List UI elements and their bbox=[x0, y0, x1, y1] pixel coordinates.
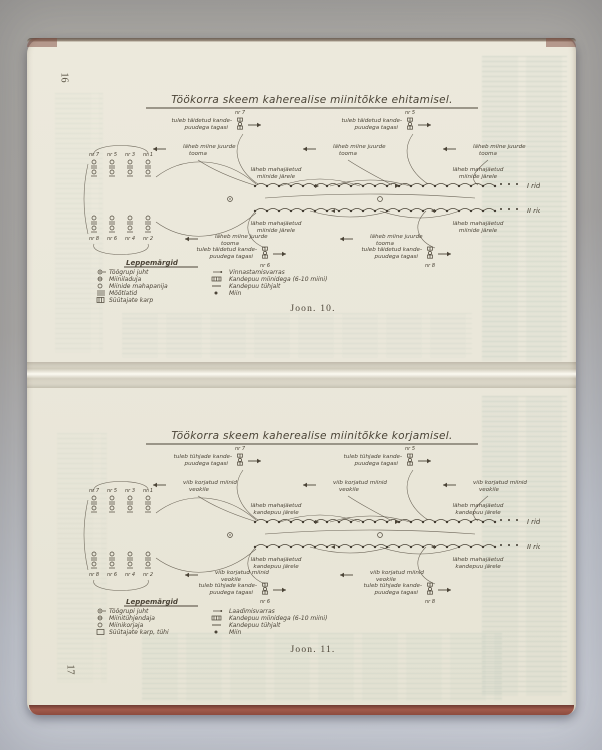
mine-placer-symbol bbox=[98, 284, 102, 288]
diagram-label: läheb mahajäetud bbox=[453, 221, 504, 227]
route-curve bbox=[380, 547, 460, 554]
diagram-label: läheb miine juurde bbox=[183, 144, 236, 150]
mine-dot bbox=[338, 210, 340, 212]
cluster-number: nr 5 bbox=[405, 110, 415, 116]
cluster-number: nr 5 bbox=[405, 446, 415, 452]
worker-symbol bbox=[146, 160, 150, 164]
worker-symbol bbox=[110, 226, 114, 230]
diagram-label: veokile bbox=[189, 487, 210, 493]
group-number: nr 6 bbox=[107, 572, 117, 578]
legend-item-label: Miinikorjaja bbox=[109, 622, 144, 629]
route-curve bbox=[94, 580, 149, 591]
worker-symbol bbox=[238, 122, 241, 125]
diagram-label: läheb mahajäetud bbox=[251, 167, 302, 173]
arrowhead-icon bbox=[303, 483, 307, 488]
arrowhead-icon bbox=[331, 209, 335, 213]
worker-symbol bbox=[128, 216, 132, 220]
figure-11-diagram: Töökorra skeem kaherealise miinitõkke ko… bbox=[80, 428, 540, 660]
mine-dot bbox=[326, 185, 328, 187]
worker-symbol bbox=[263, 587, 266, 590]
route-curve bbox=[418, 547, 435, 584]
mine-dot bbox=[434, 185, 436, 187]
worker-symbol bbox=[428, 587, 431, 590]
worker-symbol bbox=[146, 496, 150, 500]
mine-dot bbox=[290, 210, 292, 212]
row-label: II rida bbox=[527, 207, 540, 215]
mine-dot bbox=[410, 210, 412, 212]
arrowhead-icon bbox=[153, 147, 157, 152]
mine-dot bbox=[302, 546, 304, 548]
arrowhead-icon bbox=[427, 123, 431, 128]
diagram-label: miinide järele bbox=[459, 174, 498, 180]
mine-dot bbox=[516, 208, 518, 210]
mine-dot bbox=[278, 546, 280, 548]
mine-dot bbox=[470, 546, 472, 548]
mine-dot bbox=[338, 185, 340, 187]
mine-dot bbox=[350, 546, 352, 548]
route-curve bbox=[310, 547, 390, 553]
route-curve bbox=[156, 549, 256, 572]
diagram-label: läheb mahajäetud bbox=[251, 221, 302, 227]
worker-symbol bbox=[92, 160, 96, 164]
diagram-shape bbox=[220, 610, 222, 612]
group-number: nr 3 bbox=[125, 152, 135, 158]
mine-dot bbox=[508, 208, 510, 210]
mine-dot bbox=[254, 185, 256, 187]
mine-dot bbox=[374, 210, 376, 212]
diagram-label: viib korjatud miinid bbox=[333, 480, 387, 486]
worker-symbol bbox=[408, 122, 411, 125]
mine-dot bbox=[374, 521, 376, 523]
mine-dot bbox=[314, 210, 316, 212]
diagram-label: viib korjatud miinid bbox=[370, 570, 424, 576]
worker-symbol bbox=[128, 226, 132, 230]
mine-dot bbox=[362, 521, 364, 523]
legend-item-label: Laadimisvarras bbox=[229, 608, 275, 615]
worker-symbol bbox=[128, 552, 132, 556]
arrowhead-icon bbox=[427, 459, 431, 464]
mine-dot bbox=[482, 210, 484, 212]
arrowhead-icon bbox=[447, 588, 451, 593]
group-number: nr 3 bbox=[125, 488, 135, 494]
legend-item-label: Kandepuu tühjalt bbox=[229, 622, 281, 629]
legend-item-label: Kandepuu tühjalt bbox=[229, 283, 281, 290]
route-curve bbox=[198, 496, 254, 521]
arrowhead-icon bbox=[340, 237, 344, 242]
legend-item-label: Süütajate karp bbox=[109, 297, 153, 304]
mine-dot bbox=[516, 519, 518, 521]
arrowhead-icon bbox=[257, 123, 261, 128]
mine-dot bbox=[410, 521, 412, 523]
route-curve bbox=[84, 164, 88, 234]
route-curve bbox=[156, 213, 256, 236]
mine-dot bbox=[458, 210, 460, 212]
diagram-label: läheb miine juurde bbox=[333, 144, 386, 150]
mine-dot bbox=[326, 210, 328, 212]
legend-item-label: Kandepuu miinidega (6-10 miini) bbox=[229, 276, 327, 283]
arrowhead-icon bbox=[185, 573, 189, 578]
diagram-label: puudega tagasi bbox=[209, 254, 254, 260]
legend-item-label: Miin bbox=[229, 290, 242, 297]
group-number: nr 1 bbox=[143, 488, 153, 494]
row-label: II rida bbox=[527, 543, 540, 551]
group-number: nr 7 bbox=[89, 152, 100, 158]
diagram-label: läheb miine juurde bbox=[370, 234, 423, 240]
worker-symbol bbox=[128, 506, 132, 510]
route-curve bbox=[94, 146, 149, 157]
mine-dot bbox=[422, 210, 424, 212]
legend-item-label: Vinnastamisvarras bbox=[229, 269, 285, 276]
legend-heading: Leppemärgid bbox=[126, 259, 179, 267]
worker-symbol bbox=[92, 170, 96, 174]
route-curve bbox=[310, 211, 390, 217]
arrowhead-icon bbox=[447, 252, 451, 257]
page-number: 17 bbox=[65, 665, 76, 675]
mine-dot bbox=[266, 521, 268, 523]
mine-dot bbox=[434, 521, 436, 523]
arrowhead-icon bbox=[257, 459, 261, 464]
mine-dot bbox=[290, 546, 292, 548]
mine-dot bbox=[446, 185, 448, 187]
mine-dot bbox=[470, 185, 472, 187]
show-through-text bbox=[122, 313, 472, 358]
leader-symbol bbox=[378, 197, 383, 202]
diagram-label: puudega tagasi bbox=[184, 125, 229, 131]
diagram-label: viib korjatud miinid bbox=[183, 480, 237, 486]
diagram-label: puudega tagasi bbox=[209, 590, 254, 596]
diagram-label: läheb mahajäetud bbox=[453, 167, 504, 173]
mine-dot bbox=[386, 185, 388, 187]
diagram-label: miinide järele bbox=[459, 228, 498, 234]
worker-symbol bbox=[110, 506, 114, 510]
route-curve bbox=[407, 470, 428, 520]
route-curve bbox=[348, 496, 392, 521]
arrowhead-icon bbox=[443, 483, 447, 488]
worker-symbol bbox=[92, 216, 96, 220]
mine-dot bbox=[362, 185, 364, 187]
mine-dot bbox=[254, 521, 256, 523]
worker-symbol bbox=[128, 496, 132, 500]
mine-symbol bbox=[215, 631, 218, 634]
mine-collector-symbol bbox=[98, 623, 102, 627]
mine-dot bbox=[266, 546, 268, 548]
mine-dot bbox=[338, 521, 340, 523]
diagram-label: tooma bbox=[189, 151, 207, 157]
group-number: nr 2 bbox=[143, 236, 153, 242]
legend-item-label: Töögrupi juht bbox=[109, 608, 149, 615]
worker-symbol bbox=[238, 458, 241, 461]
worker-symbol bbox=[110, 562, 114, 566]
group-number: nr 6 bbox=[107, 236, 117, 242]
mine-dot bbox=[290, 521, 292, 523]
legend-item-label: Töögrupi juht bbox=[109, 269, 149, 276]
book: 16 Töökorra skeem kaherealise miinitõkke… bbox=[27, 38, 576, 715]
diagram-label: tuleb täidetud kande- bbox=[171, 118, 232, 124]
figure-10-diagram: Töökorra skeem kaherealise miinitõkke eh… bbox=[80, 92, 540, 317]
worker-symbol bbox=[110, 160, 114, 164]
mine-dot bbox=[446, 210, 448, 212]
group-number: nr 1 bbox=[143, 152, 153, 158]
diagram-label: läheb mahajäetud bbox=[251, 503, 302, 509]
mine-dot bbox=[350, 210, 352, 212]
mine-dot bbox=[482, 521, 484, 523]
worker-symbol bbox=[110, 496, 114, 500]
mine-dot bbox=[500, 519, 502, 521]
mine-dot bbox=[362, 546, 364, 548]
mine-dot bbox=[338, 546, 340, 548]
route-curve bbox=[380, 211, 460, 218]
diagram-label: läheb mahajäetud bbox=[453, 557, 504, 563]
route-curve bbox=[94, 482, 149, 493]
mine-dot bbox=[386, 521, 388, 523]
mine-dot bbox=[326, 521, 328, 523]
diagram-label: puudega tagasi bbox=[374, 590, 419, 596]
mine-dot bbox=[470, 210, 472, 212]
diagram-label: puudega tagasi bbox=[184, 461, 229, 467]
cluster-number: nr 6 bbox=[260, 599, 270, 605]
fuse-box-empty-symbol bbox=[97, 630, 104, 635]
mine-dot bbox=[278, 185, 280, 187]
page-17: 17 Töökorra skeem kaherealise miinitõkke… bbox=[31, 388, 572, 705]
mine-dot bbox=[362, 210, 364, 212]
mine-dot bbox=[516, 183, 518, 185]
mine-dot bbox=[494, 546, 496, 548]
diagram-label: tooma bbox=[339, 151, 357, 157]
leader-symbol bbox=[378, 533, 383, 538]
arrowhead-icon bbox=[331, 545, 335, 549]
mine-dot bbox=[374, 546, 376, 548]
mine-dot bbox=[494, 210, 496, 212]
photo-background: 16 Töökorra skeem kaherealise miinitõkke… bbox=[0, 0, 602, 750]
route-curve bbox=[84, 500, 88, 570]
worker-symbol bbox=[146, 216, 150, 220]
group-number: nr 5 bbox=[107, 488, 117, 494]
route-curve bbox=[418, 211, 435, 248]
mine-dot bbox=[482, 185, 484, 187]
route-curve bbox=[407, 134, 428, 184]
diagram-label: puudega tagasi bbox=[354, 125, 399, 131]
arrowhead-icon bbox=[282, 252, 286, 257]
mine-dot bbox=[422, 546, 424, 548]
mine-symbol bbox=[215, 292, 218, 295]
page-16: 16 Töökorra skeem kaherealise miinitõkke… bbox=[31, 41, 572, 362]
legend-heading: Leppemärgid bbox=[126, 598, 179, 606]
mine-dot bbox=[508, 544, 510, 546]
mine-dot bbox=[314, 546, 316, 548]
arrowhead-icon bbox=[443, 147, 447, 152]
diagram-label: läheb mahajäetud bbox=[251, 557, 302, 563]
worker-symbol bbox=[428, 251, 431, 254]
mine-dot bbox=[350, 185, 352, 187]
mine-dot bbox=[386, 546, 388, 548]
route-curve bbox=[348, 160, 392, 185]
worker-symbol bbox=[110, 216, 114, 220]
group-number: nr 8 bbox=[89, 572, 99, 578]
worker-symbol bbox=[146, 506, 150, 510]
cluster-number: nr 8 bbox=[425, 599, 435, 605]
route-curve bbox=[265, 194, 475, 198]
mine-dot bbox=[500, 544, 502, 546]
diagram-label: tuleb täidetud kande- bbox=[196, 247, 257, 253]
cluster-number: nr 8 bbox=[425, 263, 435, 269]
diagram-label: tuleb täidetud kande- bbox=[341, 118, 402, 124]
mine-dot bbox=[302, 185, 304, 187]
diagram-label: kandepuu järele bbox=[455, 510, 501, 516]
mine-dot bbox=[446, 521, 448, 523]
mine-dot bbox=[254, 546, 256, 548]
arrowhead-icon bbox=[185, 237, 189, 242]
diagram-shape bbox=[229, 534, 230, 535]
diagram-label: kandepuu järele bbox=[253, 510, 299, 516]
mine-dot bbox=[482, 546, 484, 548]
worker-symbol bbox=[408, 458, 411, 461]
mine-dot bbox=[266, 210, 268, 212]
mine-dot bbox=[458, 521, 460, 523]
worker-symbol bbox=[146, 562, 150, 566]
mine-dot bbox=[398, 210, 400, 212]
group-number: nr 4 bbox=[125, 236, 135, 242]
diagram-shape bbox=[229, 198, 230, 199]
worker-symbol bbox=[263, 251, 266, 254]
mine-dot bbox=[290, 185, 292, 187]
book-cover-edge-bottom bbox=[29, 705, 574, 715]
mine-dot bbox=[254, 210, 256, 212]
route-curve bbox=[198, 160, 254, 185]
mine-dot bbox=[302, 210, 304, 212]
arrowhead-icon bbox=[282, 588, 286, 593]
worker-symbol bbox=[92, 506, 96, 510]
worker-symbol bbox=[110, 552, 114, 556]
mine-dot bbox=[446, 546, 448, 548]
group-number: nr 8 bbox=[89, 236, 99, 242]
diagram-shape bbox=[220, 271, 222, 273]
legend-item-label: Miin bbox=[229, 629, 242, 636]
mine-dot bbox=[410, 546, 412, 548]
book-gutter bbox=[27, 362, 576, 388]
diagram-label: viib korjatud miinid bbox=[215, 570, 269, 576]
cluster-number: nr 7 bbox=[235, 110, 246, 116]
figure-title: Töökorra skeem kaherealise miinitõkke ko… bbox=[171, 430, 452, 442]
mine-dot bbox=[278, 210, 280, 212]
arrowhead-icon bbox=[340, 573, 344, 578]
figure-title: Töökorra skeem kaherealise miinitõkke eh… bbox=[171, 94, 453, 106]
worker-symbol bbox=[92, 496, 96, 500]
worker-symbol bbox=[146, 170, 150, 174]
diagram-label: läheb mahajäetud bbox=[453, 503, 504, 509]
diagram-label: tooma bbox=[479, 151, 497, 157]
mine-dot bbox=[494, 185, 496, 187]
diagram-label: läheb miine juurde bbox=[215, 234, 268, 240]
diagram-shape bbox=[99, 610, 100, 611]
mine-dot bbox=[500, 183, 502, 185]
legend-item-label: Miiniladuja bbox=[109, 276, 142, 283]
diagram-label: miinide järele bbox=[257, 174, 296, 180]
diagram-label: tuleb tühjade kande- bbox=[174, 454, 232, 460]
diagram-label: tuleb tühjade kande- bbox=[199, 583, 257, 589]
mine-dot bbox=[410, 185, 412, 187]
diagram-label: läheb miine juurde bbox=[473, 144, 526, 150]
diagram-shape bbox=[99, 271, 100, 272]
diagram-label: viib korjatud miinid bbox=[473, 480, 527, 486]
group-number: nr 2 bbox=[143, 572, 153, 578]
row-label: I rida bbox=[527, 518, 540, 526]
figure-caption: Joon. 11. bbox=[290, 645, 335, 655]
arrowhead-icon bbox=[303, 147, 307, 152]
mine-dot bbox=[516, 544, 518, 546]
page-number: 16 bbox=[59, 73, 70, 83]
mine-dot bbox=[398, 546, 400, 548]
diagram-label: tuleb täidetud kande- bbox=[361, 247, 422, 253]
worker-symbol bbox=[92, 226, 96, 230]
legend-item-label: Miinide mahapanija bbox=[109, 283, 168, 290]
worker-symbol bbox=[146, 552, 150, 556]
diagram-label: kandepuu järele bbox=[455, 564, 501, 570]
worker-symbol bbox=[128, 170, 132, 174]
group-number: nr 7 bbox=[89, 488, 100, 494]
worker-symbol bbox=[110, 170, 114, 174]
legend-item-label: Süütajate karp, tühi bbox=[109, 629, 169, 636]
worker-symbol bbox=[128, 160, 132, 164]
group-number: nr 5 bbox=[107, 152, 117, 158]
mine-dot bbox=[458, 546, 460, 548]
mine-dot bbox=[494, 521, 496, 523]
mine-dot bbox=[386, 210, 388, 212]
route-curve bbox=[94, 244, 149, 255]
mine-dot bbox=[508, 519, 510, 521]
worker-symbol bbox=[146, 226, 150, 230]
mine-dot bbox=[350, 521, 352, 523]
mine-dot bbox=[470, 521, 472, 523]
legend-item-label: Miinitühjendaja bbox=[109, 615, 155, 622]
row-label: I rida bbox=[527, 182, 540, 190]
mine-dot bbox=[508, 183, 510, 185]
diagram-label: veokile bbox=[479, 487, 500, 493]
cluster-number: nr 7 bbox=[235, 446, 246, 452]
mine-dot bbox=[374, 185, 376, 187]
mine-dot bbox=[422, 185, 424, 187]
mine-dot bbox=[266, 185, 268, 187]
diagram-label: puudega tagasi bbox=[354, 461, 399, 467]
diagram-label: tuleb tühjade kande- bbox=[364, 583, 422, 589]
mine-dot bbox=[302, 521, 304, 523]
arrowhead-icon bbox=[153, 483, 157, 488]
worker-symbol bbox=[92, 562, 96, 566]
legend-item-label: Mõõtlatid bbox=[109, 290, 137, 297]
route-curve bbox=[265, 530, 475, 534]
worker-symbol bbox=[128, 562, 132, 566]
diagram-label: veokile bbox=[339, 487, 360, 493]
mine-dot bbox=[458, 185, 460, 187]
group-number: nr 4 bbox=[125, 572, 135, 578]
figure-caption: Joon. 10. bbox=[290, 304, 335, 314]
legend-item-label: Kandepuu miinidega (6-10 miini) bbox=[229, 615, 327, 622]
diagram-label: tuleb tühjade kande- bbox=[344, 454, 402, 460]
fuse-box-symbol bbox=[97, 298, 104, 303]
mine-dot bbox=[500, 208, 502, 210]
mine-dot bbox=[422, 521, 424, 523]
route-curve bbox=[237, 134, 258, 184]
worker-symbol bbox=[92, 552, 96, 556]
diagram-label: puudega tagasi bbox=[374, 254, 419, 260]
mine-dot bbox=[278, 521, 280, 523]
mine-dot bbox=[326, 546, 328, 548]
